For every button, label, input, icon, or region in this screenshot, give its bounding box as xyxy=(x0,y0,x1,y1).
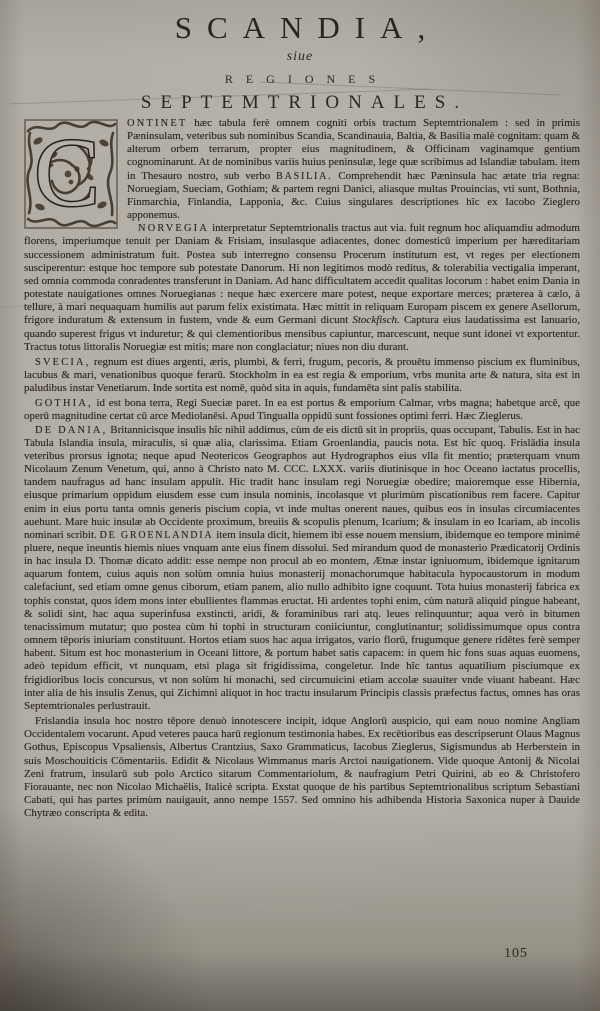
body-text: C ONTINET hæc tabula ferè omnem cogniti … xyxy=(24,117,580,820)
lead-norvegia: NORVEGIA xyxy=(138,223,209,234)
de-groenlandia-smallcaps: DE GROENLANDIA xyxy=(100,530,214,541)
paragraph-de-dania: DE DANIA, Britannicisque insulis hîc nih… xyxy=(24,424,580,713)
paragraph-text: interpretatur Septemtrionalis tractus au… xyxy=(24,222,580,326)
paragraph-svecia: SVECIA, regnum est diues argenti, æris, … xyxy=(24,356,580,395)
lead-de-dania: DE DANIA, xyxy=(35,425,107,436)
basilia-smallcaps: BASILIA. xyxy=(276,171,332,182)
paragraph-norvegia: NORVEGIA interpretatur Septemtrionalis t… xyxy=(24,222,580,354)
lead-continet: ONTINET xyxy=(127,118,187,129)
page-number: 105 xyxy=(504,946,528,962)
paragraph-frislandia: Frislandia insula hoc nostro tēpore denu… xyxy=(24,715,580,820)
title-block: SCANDIA, siue REGIONES SEPTEMTRIONALES. xyxy=(0,10,600,114)
page-title: SCANDIA, xyxy=(0,10,600,46)
title-septemtrionales: SEPTEMTRIONALES. xyxy=(0,92,600,114)
paragraph-text: Britannicisque insulis hîc nihil addimus… xyxy=(24,424,580,541)
paragraph-continet: C ONTINET hæc tabula ferè omnem cogniti … xyxy=(24,117,580,222)
title-sive: siue xyxy=(0,49,600,65)
lead-svecia: SVECIA, xyxy=(35,357,91,368)
paragraph-text: regnum est diues argenti, æris, plumbi, … xyxy=(24,356,580,394)
paragraph-text: id est bona terra, Regi Sueciæ paret. In… xyxy=(24,397,580,422)
paragraph-gothia: GOTHIA, id est bona terra, Regi Sueciæ p… xyxy=(24,397,580,423)
dropcap-letter: C xyxy=(34,119,99,227)
lead-gothia: GOTHIA, xyxy=(35,398,93,409)
book-page: SCANDIA, siue REGIONES SEPTEMTRIONALES. xyxy=(0,0,600,1011)
paragraph-text: Frislandia insula hoc nostro tēpore denu… xyxy=(24,715,580,819)
stockfisch-italic: Stockfisch. xyxy=(352,314,399,326)
woodcut-initial-C-icon: C xyxy=(24,119,118,229)
paragraph-text: item insula dicit, hiemem ibi esse nouem… xyxy=(24,529,580,712)
title-regiones: REGIONES xyxy=(0,72,600,87)
